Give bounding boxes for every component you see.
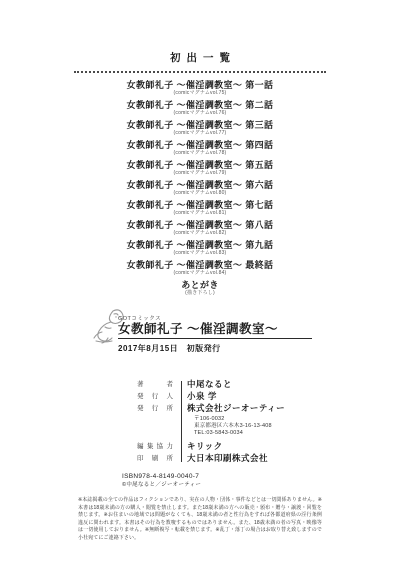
credits-rows: 著者 中尾なると 発行人 小泉 学 発行所 株式会社ジーオーティー 〒106-0… bbox=[137, 380, 400, 463]
publication-entry: 女教師礼子 〜催淫調教室〜 第七話 (comicマグナムvol.81) bbox=[0, 200, 400, 216]
entry-source: (comicマグナムvol.81) bbox=[0, 210, 400, 216]
series-label: GOTコミックス bbox=[118, 314, 312, 322]
entry-title: 女教師礼子 〜催淫調教室〜 第六話 bbox=[0, 180, 400, 190]
credit-sub: 〒106-0032東京都港区六本木3-16-13-408TEL:03-5843-… bbox=[194, 416, 400, 436]
entry-title: 女教師礼子 〜催淫調教室〜 最終話 bbox=[0, 260, 400, 270]
book-title: 女教師礼子 〜催淫調教室〜 bbox=[118, 322, 312, 337]
credit-subline: 〒106-0032 bbox=[194, 416, 400, 423]
credit-value: キリック bbox=[187, 442, 400, 451]
publication-entry: 女教師礼子 〜催淫調教室〜 第一話 (comicマグナムvol.75) bbox=[0, 80, 400, 96]
entry-source: (comicマグナムvol.75) bbox=[0, 90, 400, 96]
isbn-number: ISBN978-4-8149-0040-7 bbox=[122, 472, 400, 481]
entry-source: (comicマグナムvol.78) bbox=[0, 150, 400, 156]
publication-entry: 女教師礼子 〜催淫調教室〜 最終話 (comicマグナムvol.84) bbox=[0, 260, 400, 276]
credits-divider-line bbox=[181, 381, 182, 462]
entry-title: 女教師礼子 〜催淫調教室〜 第五話 bbox=[0, 160, 400, 170]
credit-subline: TEL:03-5843-0034 bbox=[194, 430, 400, 437]
entry-title: 女教師礼子 〜催淫調教室〜 第九話 bbox=[0, 240, 400, 250]
entry-source: (comicマグナムvol.80) bbox=[0, 190, 400, 196]
imprint-block: ISBN978-4-8149-0040-7 ©中尾なると／ジーオーティー bbox=[122, 472, 400, 489]
publication-entry: あとがき (描き下ろし) bbox=[0, 280, 400, 296]
credit-row: 著者 中尾なると bbox=[137, 380, 400, 389]
title-rule bbox=[118, 338, 312, 339]
entry-source: (comicマグナムvol.76) bbox=[0, 110, 400, 116]
credit-row: 編集協力 キリック bbox=[137, 442, 400, 451]
publication-entry: 女教師礼子 〜催淫調教室〜 第二話 (comicマグナムvol.76) bbox=[0, 100, 400, 116]
entry-source: (描き下ろし) bbox=[0, 290, 400, 296]
credit-row: 印刷所 大日本印刷株式会社 bbox=[137, 454, 400, 463]
dotted-rule bbox=[74, 71, 326, 73]
publication-entry: 女教師礼子 〜催淫調教室〜 第五話 (comicマグナムvol.79) bbox=[0, 160, 400, 176]
publication-entry: 女教師礼子 〜催淫調教室〜 第六話 (comicマグナムvol.80) bbox=[0, 180, 400, 196]
publication-list: 女教師礼子 〜催淫調教室〜 第一話 (comicマグナムvol.75) 女教師礼… bbox=[0, 80, 400, 296]
entry-source: (comicマグナムvol.77) bbox=[0, 130, 400, 136]
entry-title: あとがき bbox=[0, 280, 400, 290]
credit-label: 著者 bbox=[137, 380, 173, 389]
credit-row: 発行所 株式会社ジーオーティー 〒106-0032東京都港区六本木3-16-13… bbox=[137, 404, 400, 439]
credit-value: 株式会社ジーオーティー bbox=[187, 404, 400, 413]
publication-entry: 女教師礼子 〜催淫調教室〜 第四話 (comicマグナムvol.78) bbox=[0, 140, 400, 156]
entry-title: 女教師礼子 〜催淫調教室〜 第一話 bbox=[0, 80, 400, 90]
credits-block: 著者 中尾なると 発行人 小泉 学 発行所 株式会社ジーオーティー 〒106-0… bbox=[137, 380, 400, 463]
credit-value: 大日本印刷株式会社 bbox=[187, 454, 400, 463]
entry-source: (comicマグナムvol.79) bbox=[0, 170, 400, 176]
entry-title: 女教師礼子 〜催淫調教室〜 第四話 bbox=[0, 140, 400, 150]
entry-source: (comicマグナムvol.84) bbox=[0, 270, 400, 276]
entry-title: 女教師礼子 〜催淫調教室〜 第八話 bbox=[0, 220, 400, 230]
first-publication-heading: 初出一覧 bbox=[0, 0, 400, 65]
entry-title: 女教師礼子 〜催淫調教室〜 第三話 bbox=[0, 120, 400, 130]
edition-block: GOTコミックス 女教師礼子 〜催淫調教室〜 2017年8月15日 初版発行 bbox=[0, 314, 400, 366]
publication-entry: 女教師礼子 〜催淫調教室〜 第八話 (comicマグナムvol.82) bbox=[0, 220, 400, 236]
credit-label: 発行人 bbox=[137, 392, 173, 401]
credit-label: 発行所 bbox=[137, 404, 173, 413]
copyright-line: ©中尾なると／ジーオーティー bbox=[122, 481, 400, 489]
publication-entry: 女教師礼子 〜催淫調教室〜 第三話 (comicマグナムvol.77) bbox=[0, 120, 400, 136]
credit-label: 印刷所 bbox=[137, 454, 173, 463]
entry-source: (comicマグナムvol.82) bbox=[0, 230, 400, 236]
credit-value: 小泉 学 bbox=[187, 392, 400, 401]
entry-title: 女教師礼子 〜催淫調教室〜 第七話 bbox=[0, 200, 400, 210]
edition-date: 2017年8月15日 初版発行 bbox=[118, 343, 312, 354]
credit-label: 編集協力 bbox=[137, 442, 173, 451]
credit-subline: 東京都港区六本木3-16-13-408 bbox=[194, 423, 400, 430]
publication-entry: 女教師礼子 〜催淫調教室〜 第九話 (comicマグナムvol.83) bbox=[0, 240, 400, 256]
entry-source: (comicマグナムvol.83) bbox=[0, 250, 400, 256]
credit-value: 中尾なると bbox=[187, 380, 400, 389]
credit-row: 発行人 小泉 学 bbox=[137, 392, 400, 401]
colophon-page: 初出一覧 女教師礼子 〜催淫調教室〜 第一話 (comicマグナムvol.75)… bbox=[0, 0, 400, 567]
entry-title: 女教師礼子 〜催淫調教室〜 第二話 bbox=[0, 100, 400, 110]
disclaimer-text: ※本誌掲載の全ての作品はフィクションであり、実在の人物・団体・事件などとは一切関… bbox=[78, 497, 322, 542]
